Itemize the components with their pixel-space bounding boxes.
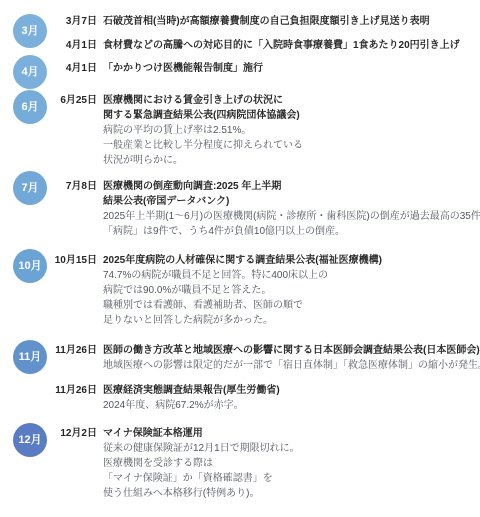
entry-content: 2025年度病院の人材確保に関する調査結果公表(福祉医療機構)74.7%の病院が… bbox=[103, 253, 479, 328]
entry-date: 12月2日 bbox=[0, 426, 97, 441]
entry-content: マイナ保険証本格運用従来の健康保険証が12月1日で期限切れに。医療機関を受診する… bbox=[103, 426, 479, 501]
timeline-entry: 11月26日 医師の働き方改革と地域医療への影響に関する日本医師会調査結果公表(… bbox=[0, 343, 479, 373]
entry-date: 6月25日 bbox=[0, 93, 97, 108]
entry-content: 医師の働き方改革と地域医療への影響に関する日本医師会調査結果公表(日本医師会)地… bbox=[103, 343, 479, 373]
entry-title-line: 食材費などの高騰への対応目的に「入院時食事療養費」1食あたり20円引き上げ bbox=[103, 38, 479, 53]
entry-body-line: 病院では90.0%が職員不足と答えた。 bbox=[103, 283, 479, 298]
entry-content: 医療機関の倒産動向調査:2025 年上半期結果公表(帝国データバンク)2025年… bbox=[103, 179, 479, 239]
entry-body-line: 地域医療への影響は限定的だが一部で「宿日直体制」「救急医療体制」の縮小が発生。 bbox=[103, 358, 479, 373]
entry-title-line: 2025年度病院の人材確保に関する調査結果公表(福祉医療機構) bbox=[103, 253, 479, 268]
timeline-entry: 4月1日 「かかりつけ医機能報告制度」施行 bbox=[0, 61, 479, 76]
entry-content: 石破茂首相(当時)が高額療養費制度の自己負担限度額引き上げ見送り表明 bbox=[103, 14, 479, 29]
entry-body-line: 一般産業と比較し半分程度に抑えられている bbox=[103, 138, 479, 153]
entry-title-line: 医師の働き方改革と地域医療への影響に関する日本医師会調査結果公表(日本医師会) bbox=[103, 343, 479, 358]
entry-body-line: 2025年上半期(1〜6月)の医療機関(病院・診療所・歯科医院)の倒産が過去最高… bbox=[103, 209, 479, 224]
entry-body-line: 医療機関を受診する際は bbox=[103, 456, 479, 471]
entry-body-line: 74.7%の病院が職員不足と回答。特に400床以上の bbox=[103, 268, 479, 283]
entry-content: 医療経済実態調査結果報告(厚生労働省)2024年度、病院67.2%が赤字。 bbox=[103, 383, 479, 413]
timeline-entry: 7月8日 医療機関の倒産動向調査:2025 年上半期結果公表(帝国データバンク)… bbox=[0, 179, 479, 239]
entry-title-line: 関する緊急調査結果公表(四病院団体協議会) bbox=[103, 108, 479, 123]
entry-body-line: 「病院」は9件で、うち4件が負債10億円以上の倒産。 bbox=[103, 224, 479, 239]
entry-body-line: 職種別では看護師、看護補助者、医師の順で bbox=[103, 298, 479, 313]
entry-title-line: 石破茂首相(当時)が高額療養費制度の自己負担限度額引き上げ見送り表明 bbox=[103, 14, 479, 29]
entry-body-line: 2024年度、病院67.2%が赤字。 bbox=[103, 398, 479, 413]
medical-policy-timeline: 3月 4月 6月 7月 10月 11月 12月 3月7日 石破茂首相(当時)が高… bbox=[0, 0, 480, 517]
entry-date: 11月26日 bbox=[0, 383, 97, 398]
entry-content: 医療機関における賃金引き上げの状況に関する緊急調査結果公表(四病院団体協議会)病… bbox=[103, 93, 479, 168]
entry-title-line: 「かかりつけ医機能報告制度」施行 bbox=[103, 61, 479, 76]
timeline-entry: 12月2日 マイナ保険証本格運用従来の健康保険証が12月1日で期限切れに。医療機… bbox=[0, 426, 479, 501]
entry-title-line: 医療経済実態調査結果報告(厚生労働省) bbox=[103, 383, 479, 398]
timeline-entry: 4月1日 食材費などの高騰への対応目的に「入院時食事療養費」1食あたり20円引き… bbox=[0, 38, 479, 53]
entry-body-line: 「マイナ保険証」か「資格確認書」を bbox=[103, 471, 479, 486]
timeline-entry: 10月15日 2025年度病院の人材確保に関する調査結果公表(福祉医療機構)74… bbox=[0, 253, 479, 328]
entry-body-line: 使う仕組みへ本格移行(特例あり)。 bbox=[103, 486, 479, 501]
timeline-entry: 11月26日 医療経済実態調査結果報告(厚生労働省)2024年度、病院67.2%… bbox=[0, 383, 479, 413]
entry-title-line: 医療機関の倒産動向調査:2025 年上半期 bbox=[103, 179, 479, 194]
entry-date: 10月15日 bbox=[0, 253, 97, 268]
entry-date: 4月1日 bbox=[0, 38, 97, 53]
entry-date: 4月1日 bbox=[0, 61, 97, 76]
entry-title-line: 医療機関における賃金引き上げの状況に bbox=[103, 93, 479, 108]
timeline-entry: 3月7日 石破茂首相(当時)が高額療養費制度の自己負担限度額引き上げ見送り表明 bbox=[0, 14, 479, 29]
entry-content: 「かかりつけ医機能報告制度」施行 bbox=[103, 61, 479, 76]
entry-title-line: マイナ保険証本格運用 bbox=[103, 426, 479, 441]
entry-title-line: 結果公表(帝国データバンク) bbox=[103, 194, 479, 209]
entry-body-line: 病院の平均の賃上げ率は2.51%。 bbox=[103, 123, 479, 138]
entry-date: 11月26日 bbox=[0, 343, 97, 358]
entry-date: 7月8日 bbox=[0, 179, 97, 194]
entry-body-line: 従来の健康保険証が12月1日で期限切れに。 bbox=[103, 441, 479, 456]
timeline-entry: 6月25日 医療機関における賃金引き上げの状況に関する緊急調査結果公表(四病院団… bbox=[0, 93, 479, 168]
entry-date: 3月7日 bbox=[0, 14, 97, 29]
entry-body-line: 足りないと回答した病院が多かった。 bbox=[103, 313, 479, 328]
entry-content: 食材費などの高騰への対応目的に「入院時食事療養費」1食あたり20円引き上げ bbox=[103, 38, 479, 53]
entry-body-line: 状況が明らかに。 bbox=[103, 153, 479, 168]
